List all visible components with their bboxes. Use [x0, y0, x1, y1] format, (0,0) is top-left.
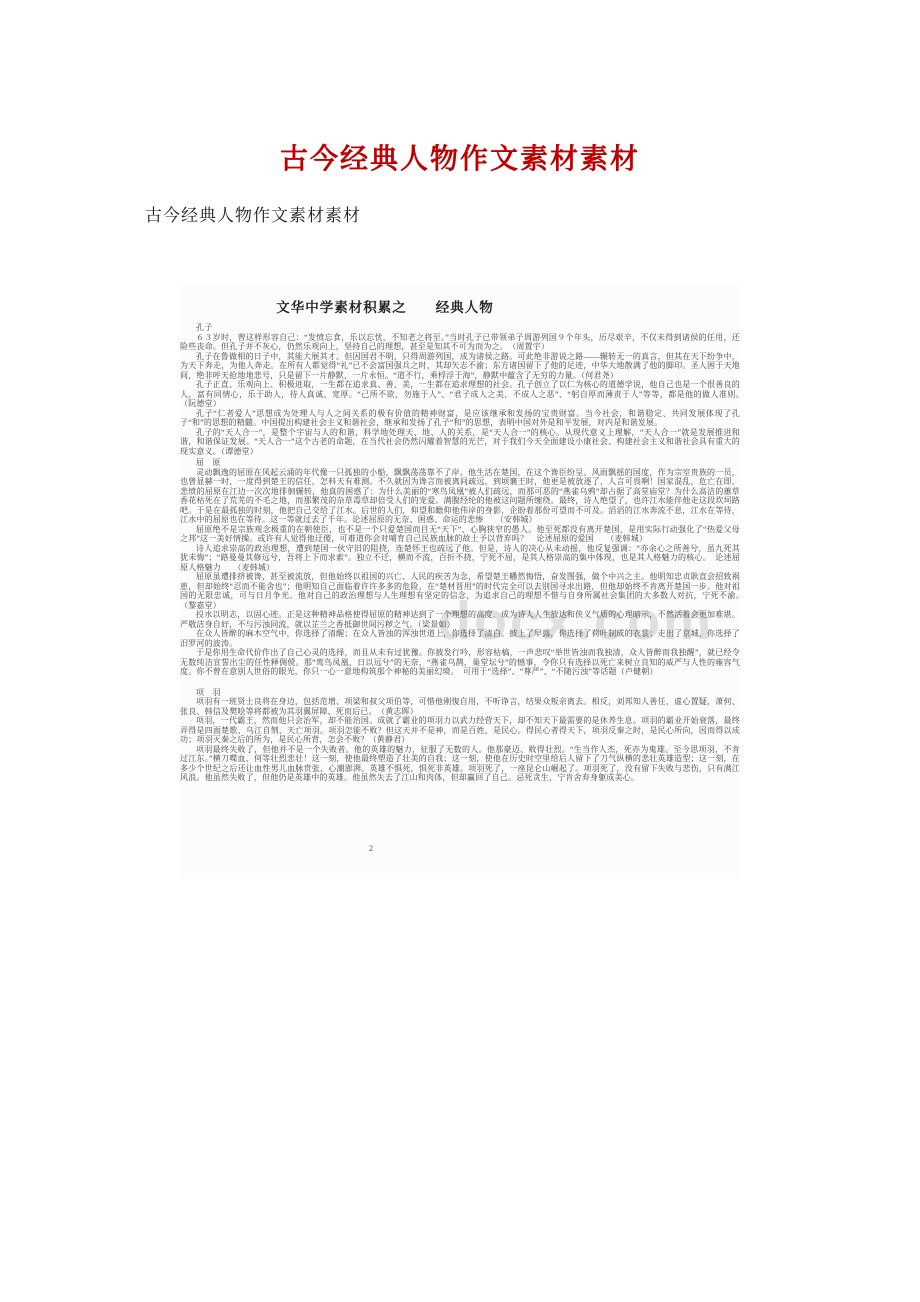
document-body-text: 古今经典人物作文素材素材	[145, 201, 361, 226]
section-heading-quyuan: 屈 原	[180, 458, 740, 468]
paragraph: 孔子“仁者爱人”思想成为处理人与人之间关系的极有价值的精神财富，是应该继承和发扬…	[180, 409, 740, 428]
section-heading-xiangyu: 项 羽	[180, 688, 740, 698]
section-quyuan: 屈 原 灵动飘逸的屈原在风起云涌的年代像一只孤独的小船，飘飘荡荡靠不了岸。他生活…	[180, 458, 740, 677]
paragraph: 在众人皆醉的麻木空气中，你选择了清醒；在众人皆浊的浑浊世道上，你选择了清白。披上…	[180, 629, 740, 648]
paragraph: 孔子在鲁做相的日子中，其能大展其才。但因国君不明，只得周游列国，成为诸侯之路。可…	[180, 352, 740, 381]
page-title: 古今经典人物作文素材素材	[0, 137, 920, 177]
embedded-doc-image[interactable]: docx.com 文华中学素材积累之 经典人物 孔子 ６３岁时，曾这样形容自己：…	[180, 284, 740, 878]
paragraph: 项羽，一代霸王，然而他只会治军，却不能治国。成就了霸业的项羽力以武力经营天下，却…	[180, 716, 740, 745]
section-kongzi: 孔子 ６３岁时，曾这样形容自己：“发愤忘食，乐以忘忧，不知老之将至。”当时孔子已…	[180, 323, 740, 456]
paragraph: 投水以明志，以固心迹。正是这种精神品格使得屈原的精神达到了一个理想的高度，成为诗…	[180, 610, 740, 629]
paragraph: 项羽有一班贤士良将在身边，包括范增、项梁和叔父项伯等，可惜他刚愎自用，不听诤言，…	[180, 697, 740, 716]
paragraph: 于是你用生命代价作出了自己心灵的选择，而且从未有过犹豫。你披发行吟，形容枯槁，一…	[180, 648, 740, 677]
paragraph: ６３岁时，曾这样形容自己：“发愤忘食，乐以忘忧，不知老之将至。”当时孔子已带领弟…	[180, 333, 740, 352]
paragraph: 项羽最终失败了，但他并不是一个失败者。他的英雄的魅力，征服了无数的人。他那豪迈、…	[180, 745, 740, 783]
paragraph: 孔子的“天人合一”，是整个宇宙与人的和谐，科学地处理天、地、人的关系，是“天人合…	[180, 428, 740, 457]
paragraph: 灵动飘逸的屈原在风起云涌的年代像一只孤独的小船，飘飘荡荡靠不了岸。他生活在楚国，…	[180, 468, 740, 525]
doc-header: 文华中学素材积累之 经典人物	[180, 296, 590, 316]
section-heading-kongzi: 孔子	[180, 323, 740, 333]
paragraph: 屈原虽遭排挤被谗，甚至被流放，但他始终以祖国的兴亡、人民的疾苦为念，希望楚王幡然…	[180, 572, 740, 610]
paragraph: 孔子正直、乐观向上、积极进取，一生都在追求真、善、美，一生都在追求理想的社会。孔…	[180, 380, 740, 409]
paragraph: 诗人追求崇高的政治理想，遭到楚国一伙守旧的阻挠，连楚怀王也疏远了他。但是，诗人的…	[180, 544, 740, 573]
section-xiangyu: 项 羽 项羽有一班贤士良将在身边，包括范增、项梁和叔父项伯等，可惜他刚愎自用，不…	[180, 688, 740, 783]
page-number: 2	[369, 844, 373, 853]
paragraph: 屈原绝不是宗族观念极重的在朝使臣，也不是一个只爱楚国而目无“天下”、心胸狭窄的愚…	[180, 525, 740, 544]
doc-text: 孔子 ６３岁时，曾这样形容自己：“发愤忘食，乐以忘忧，不知老之将至。”当时孔子已…	[180, 323, 740, 783]
